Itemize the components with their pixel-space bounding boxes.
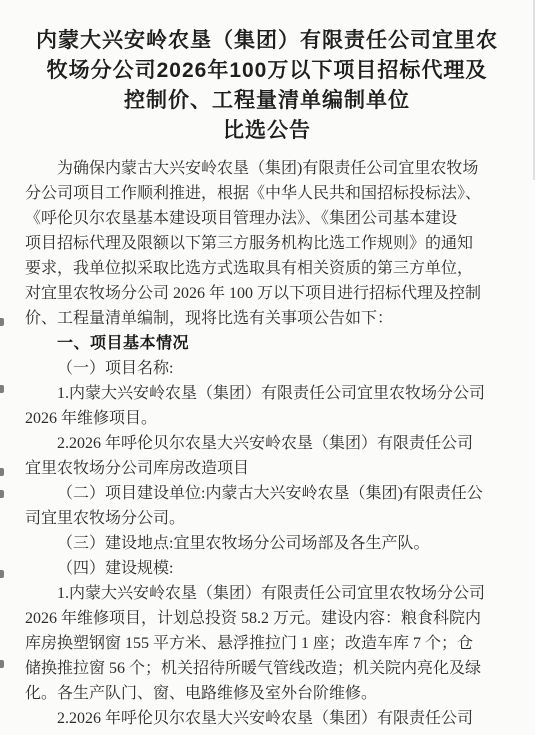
body-line: 1.内蒙大兴安岭农垦（集团）有限责任公司宜里农牧场分公司 [25,381,509,406]
title-line: 比选公告 [25,116,509,146]
body-line: 分公司项目工作顺利推进，根据《中华人民共和国招标投标法》、 [25,181,509,206]
document-page: 内蒙大兴安岭农垦（集团）有限责任公司宜里农牧场分公司2026年100万以下项目招… [0,0,535,735]
body-line: 为确保内蒙古大兴安岭农垦（集团)有限责任公司宜里农牧场 [25,156,509,181]
scan-artifact-mark [0,318,4,326]
body-line: （一）项目名称: [25,356,509,381]
body-line: 2026 年维修项目，计划总投资 58.2 万元。建设内容：粮食科院内 [25,606,509,631]
body-line: 要求，我单位拟采取比选方式选取具有相关资质的第三方单位， [25,256,509,281]
body-line: 价、工程量清单编制，现将比选有关事项公告如下： [25,306,509,331]
section-heading: 一、项目基本情况 [25,331,509,356]
scan-artifact-mark [0,490,4,498]
scan-artifact-mark [0,468,4,476]
body-line: 2.2026 年呼伦贝尔农垦大兴安岭农垦（集团）有限责任公司 [25,706,509,731]
title-line: 内蒙大兴安岭农垦（集团）有限责任公司宜里农 [25,26,509,56]
body-line: 库房换塑钢窗 155 平方米、悬浮推拉门 1 座；改造车库 7 个；仓 [25,631,509,656]
scan-artifact-mark [0,570,4,578]
body-line: 储换推拉窗 56 个；机关招待所暖气管线改造；机关院内亮化及绿 [25,656,509,681]
body-line: 2.2026 年呼伦贝尔农垦大兴安岭农垦（集团）有限责任公司 [25,431,509,456]
body-line: （二）项目建设单位:内蒙古大兴安岭农垦（集团)有限责任公 [25,481,509,506]
body-line: 对宜里农牧场分公司 2026 年 100 万以下项目进行招标代理及控制 [25,281,509,306]
scan-artifact-mark [0,385,4,393]
body-line: 2026 年维修项目。 [25,406,509,431]
body-line: 宜里农牧场分公司库房改造项目 [25,456,509,481]
document-body: 为确保内蒙古大兴安岭农垦（集团)有限责任公司宜里农牧场分公司项目工作顺利推进，根… [25,156,509,731]
document-title: 内蒙大兴安岭农垦（集团）有限责任公司宜里农牧场分公司2026年100万以下项目招… [25,26,509,146]
title-line: 牧场分公司2026年100万以下项目招标代理及 [25,56,509,86]
body-line: 《呼伦贝尔农垦基本建设项目管理办法》、《集团公司基本建设 [25,206,509,231]
scan-artifact-mark [0,660,4,668]
body-line: 1.内蒙大兴安岭农垦（集团）有限责任公司宜里农牧场分公司 [25,581,509,606]
title-line: 控制价、工程量清单编制单位 [25,86,509,116]
body-line: 司宜里农牧场分公司。 [25,506,509,531]
body-line: 项目招标代理及限额以下第三方服务机构比选工作规则》的通知 [25,231,509,256]
body-line: （三）建设地点:宜里农牧场分公司场部及各生产队。 [25,531,509,556]
body-line: 化。各生产队门、窗、电路维修及室外台阶维修。 [25,681,509,706]
body-line: （四）建设规模: [25,556,509,581]
